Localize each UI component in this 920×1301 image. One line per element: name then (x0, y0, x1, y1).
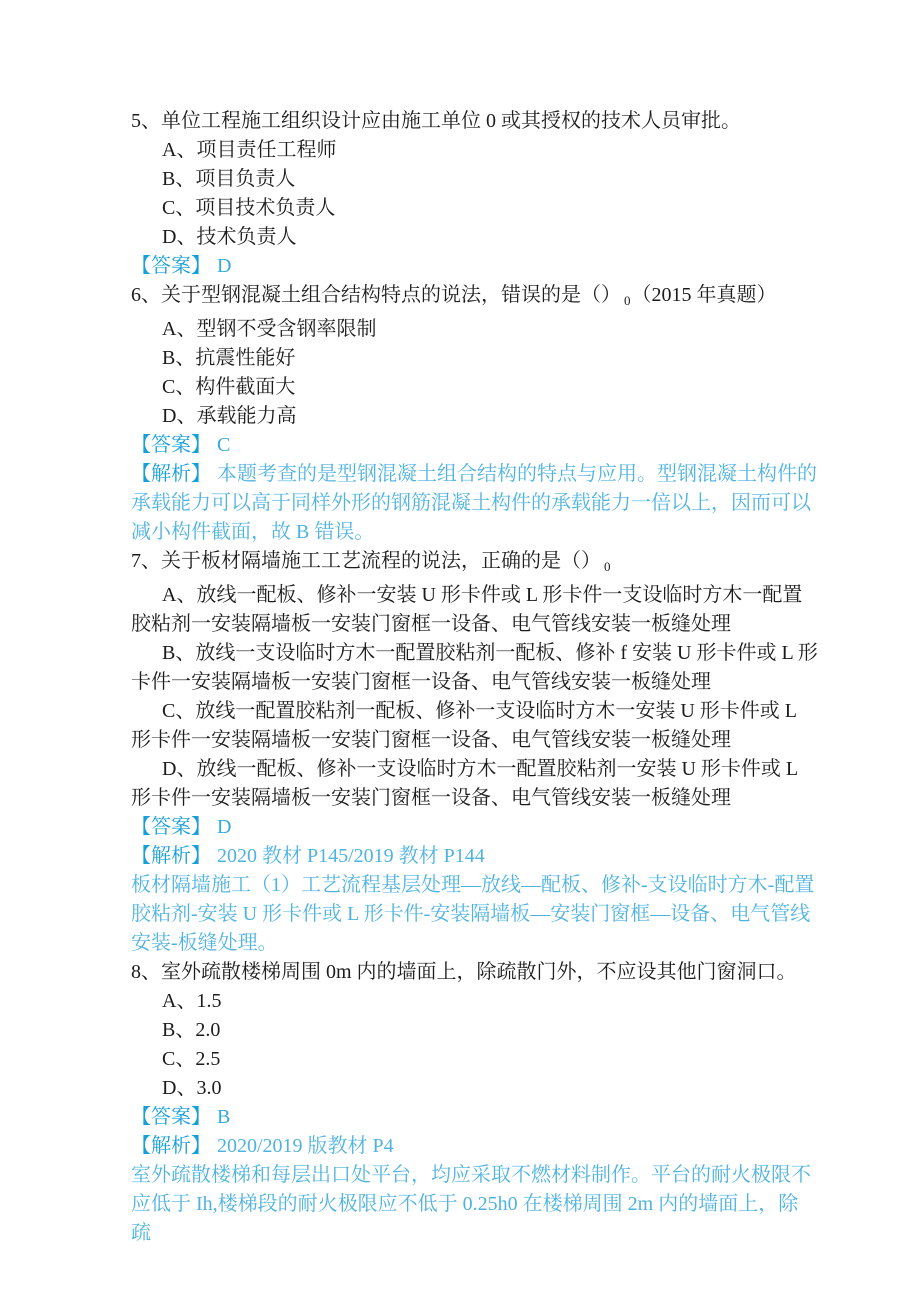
question-block-7: 7、关于板材隔墙施工工艺流程的说法，正确的是（）0 A、放线一配板、修补一安装 … (131, 547, 818, 958)
question-8-analysis-citation-line: 【解析】2020/2019 版教材 P4 (131, 1132, 818, 1161)
question-7-answer-line: 【答案】D (131, 813, 818, 842)
answer-label: 【答案】 (131, 816, 211, 838)
question-6-analysis-text: 本题考查的是型钢混凝土组合结构的特点与应用。型钢混凝土构件的承载能力可以高于同样… (131, 463, 817, 543)
question-7-stem: 7、关于板材隔墙施工工艺流程的说法，正确的是（）0 (131, 547, 818, 581)
question-7-option-a: A、放线一配板、修补一安装 U 形卡件或 L 形卡件一支设临时方木一配置胶粘剂一… (131, 581, 818, 639)
question-6-stem-tail: （2015 年真题） (632, 284, 777, 306)
question-7-option-b: B、放线一支设临时方木一配置胶粘剂一配板、修补 f 安装 U 形卡件或 L 形卡… (131, 639, 818, 697)
question-6-stem: 6、关于型钢混凝土组合结构特点的说法，错误的是（）0（2015 年真题） (131, 281, 818, 315)
analysis-label: 【解析】 (131, 1135, 211, 1157)
question-8-answer-value: B (217, 1106, 230, 1128)
question-5-option-c: C、项目技术负责人 (131, 194, 818, 223)
question-7-analysis-citation-line: 【解析】2020 教材 P145/2019 教材 P144 (131, 842, 818, 871)
question-6-stem-subscript: 0 (624, 293, 631, 308)
question-5-option-b: B、项目负责人 (131, 165, 818, 194)
exam-document-page: 5、单位工程施工组织设计应由施工单位 0 或其授权的技术人员审批。 A、项目责任… (0, 0, 920, 1301)
question-8-option-b: B、2.0 (131, 1016, 818, 1045)
question-block-5: 5、单位工程施工组织设计应由施工单位 0 或其授权的技术人员审批。 A、项目责任… (131, 107, 818, 281)
question-6-stem-text: 6、关于型钢混凝土组合结构特点的说法，错误的是（） (131, 284, 621, 306)
question-7-analysis-text: 板材隔墙施工（1）工艺流程基层处理—放线—配板、修补-支设临时方木-配置胶粘剂-… (131, 871, 818, 958)
answer-label: 【答案】 (131, 255, 211, 277)
question-5-option-d: D、技术负责人 (131, 223, 818, 252)
question-6-analysis: 【解析】本题考查的是型钢混凝土组合结构的特点与应用。型钢混凝土构件的承载能力可以… (131, 460, 818, 547)
question-8-analysis-citation: 2020/2019 版教材 P4 (217, 1135, 394, 1157)
question-5-answer-value: D (217, 255, 231, 277)
question-7-analysis-citation: 2020 教材 P145/2019 教材 P144 (217, 845, 485, 867)
question-5-answer-line: 【答案】D (131, 252, 818, 281)
question-8-analysis-text: 室外疏散楼梯和每层出口处平台，均应采取不燃材料制作。平台的耐火极限不应低于 Ih… (131, 1161, 818, 1248)
question-7-stem-subscript: 0 (604, 559, 611, 574)
question-6-option-a: A、型钢不受含钢率限制 (131, 315, 818, 344)
question-5-stem-text: 5、单位工程施工组织设计应由施工单位 0 或其授权的技术人员审批。 (131, 110, 741, 132)
question-6-option-c: C、构件截面大 (131, 373, 818, 402)
question-7-option-d: D、放线一配板、修补一支设临时方木一配置胶粘剂一安装 U 形卡件或 L 形卡件一… (131, 755, 818, 813)
question-8-stem-text: 8、室外疏散楼梯周围 0m 内的墙面上，除疏散门外，不应设其他门窗洞口。 (131, 961, 797, 983)
question-8-option-c: C、2.5 (131, 1045, 818, 1074)
question-6-option-b: B、抗震性能好 (131, 344, 818, 373)
question-5-option-a: A、项目责任工程师 (131, 136, 818, 165)
question-8-option-a: A、1.5 (131, 987, 818, 1016)
question-block-6: 6、关于型钢混凝土组合结构特点的说法，错误的是（）0（2015 年真题） A、型… (131, 281, 818, 547)
analysis-label: 【解析】 (131, 463, 211, 485)
question-6-answer-line: 【答案】C (131, 431, 818, 460)
question-8-option-d: D、3.0 (131, 1074, 818, 1103)
question-6-option-d: D、承载能力高 (131, 402, 818, 431)
question-7-option-c: C、放线一配置胶粘剂一配板、修补一支设临时方木一安装 U 形卡件或 L 形卡件一… (131, 697, 818, 755)
answer-label: 【答案】 (131, 1106, 211, 1128)
answer-label: 【答案】 (131, 434, 211, 456)
question-block-8: 8、室外疏散楼梯周围 0m 内的墙面上，除疏散门外，不应设其他门窗洞口。 A、1… (131, 958, 818, 1248)
question-8-stem: 8、室外疏散楼梯周围 0m 内的墙面上，除疏散门外，不应设其他门窗洞口。 (131, 958, 818, 987)
analysis-label: 【解析】 (131, 845, 211, 867)
question-7-answer-value: D (217, 816, 231, 838)
question-5-stem: 5、单位工程施工组织设计应由施工单位 0 或其授权的技术人员审批。 (131, 107, 818, 136)
question-6-answer-value: C (217, 434, 230, 456)
question-8-answer-line: 【答案】B (131, 1103, 818, 1132)
question-7-stem-text: 7、关于板材隔墙施工工艺流程的说法，正确的是（） (131, 550, 601, 572)
